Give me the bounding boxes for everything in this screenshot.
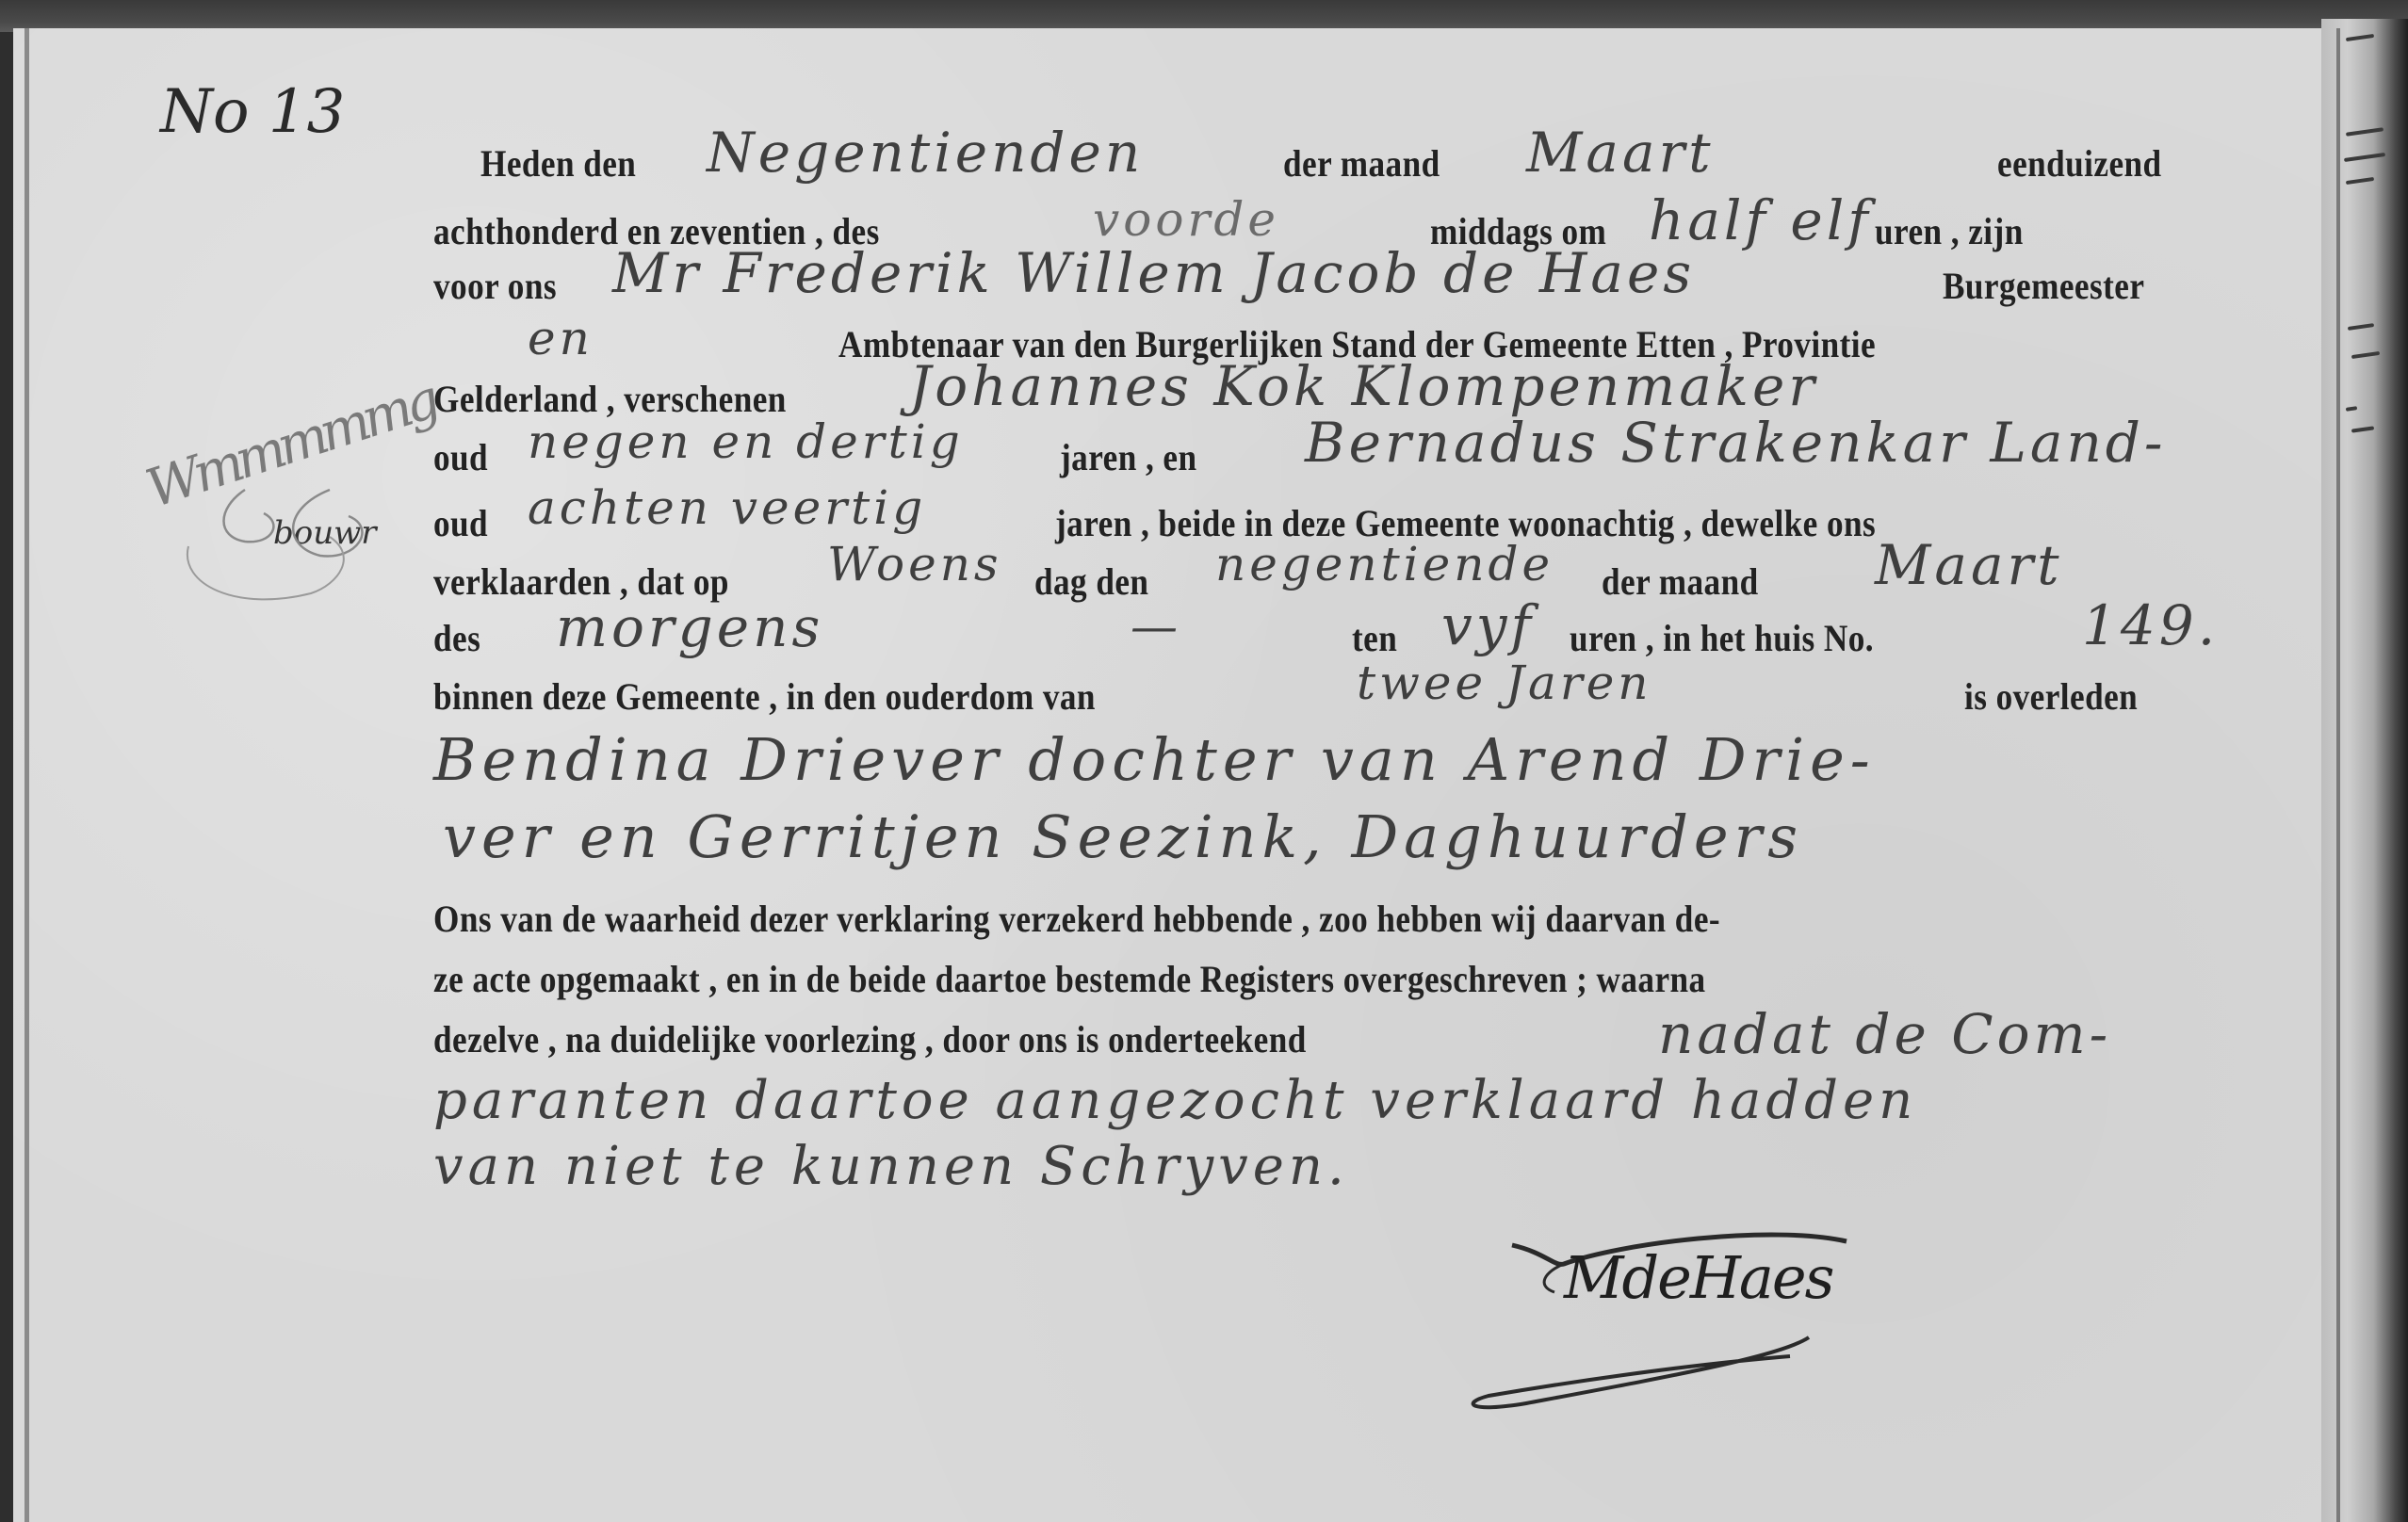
handwritten-witness1-name: Johannes Kok Klompenmaker	[909, 354, 1818, 418]
margin-note-word: bouwr	[273, 514, 377, 552]
printed-text: voor ons	[433, 264, 557, 308]
printed-text: is overleden	[1964, 674, 2138, 719]
page-fold-line	[2336, 28, 2340, 1522]
printed-text: dezelve , na duidelijke voorlezing , doo…	[433, 1017, 1307, 1061]
printed-text: oud	[433, 501, 488, 545]
printed-text: binnen deze Gemeente , in den ouderdom v…	[433, 674, 1096, 719]
handwritten-house-number: 149.	[2082, 593, 2219, 657]
handwritten-dash: —	[1131, 599, 1181, 654]
printed-text: Ons van de waarheid dezer verklaring ver…	[433, 897, 1720, 941]
printed-text: oud	[433, 435, 488, 479]
printed-text: des	[433, 616, 480, 660]
handwritten-closing-line2: paranten daartoe aangezocht verklaard ha…	[433, 1070, 1917, 1131]
book-top-edge	[0, 0, 2408, 32]
handwritten-official: Mr Frederik Willem Jacob de Haes	[612, 241, 1695, 305]
printed-text: dag den	[1034, 559, 1148, 604]
printed-text: der maand	[1283, 141, 1440, 186]
handwritten-death-month: Maart	[1875, 533, 2063, 597]
handwritten-deceased-age: twee Jaren	[1357, 656, 1652, 710]
book-right-edge	[2321, 19, 2408, 1522]
handwritten-witness2-name: Bernadus Strakenkar Land-	[1305, 411, 2167, 475]
handwritten-official-extra: en	[528, 311, 594, 365]
handwritten-closing-line1: nadat de Com-	[1658, 1002, 2111, 1066]
handwritten-weekday: Woens	[827, 537, 1002, 591]
printed-text: ten	[1352, 616, 1397, 660]
printed-text: jaren , en	[1060, 435, 1197, 479]
acte-number: No 13	[160, 77, 345, 147]
printed-text: eenduizend	[1997, 141, 2162, 186]
handwritten-death-part-of-day: morgens	[556, 595, 823, 659]
printed-text: Burgemeester	[1943, 264, 2144, 308]
printed-text: der maand	[1602, 559, 1759, 604]
printed-text: ze acte opgemaakt , en in de beide daart…	[433, 957, 1706, 1001]
handwritten-day: Negentienden	[707, 121, 1144, 185]
handwritten-witness1-age: negen en dertig	[528, 414, 964, 469]
handwritten-deceased-line1: Bendina Driever dochter van Arend Drie-	[433, 725, 1876, 794]
printed-text: uren , zijn	[1875, 209, 2024, 253]
handwritten-closing-line3: van niet te kunnen Schryven.	[433, 1136, 1349, 1197]
registrar-signature: MdeHaes	[1564, 1243, 1832, 1312]
printed-text: uren , in het huis No.	[1570, 616, 1874, 660]
handwritten-death-time: vyf	[1441, 593, 1535, 657]
handwritten-part-of-day: voorde	[1093, 192, 1279, 247]
handwritten-witness2-age: achten veertig	[528, 480, 926, 535]
handwritten-deceased-line2: ver en Gerritjen Seezink, Daghuurders	[443, 802, 1803, 871]
handwritten-death-day: negentiende	[1215, 537, 1554, 591]
margin-rule	[24, 28, 29, 1522]
handwritten-month: Maart	[1526, 121, 1715, 185]
printed-text: Heden den	[480, 141, 636, 186]
